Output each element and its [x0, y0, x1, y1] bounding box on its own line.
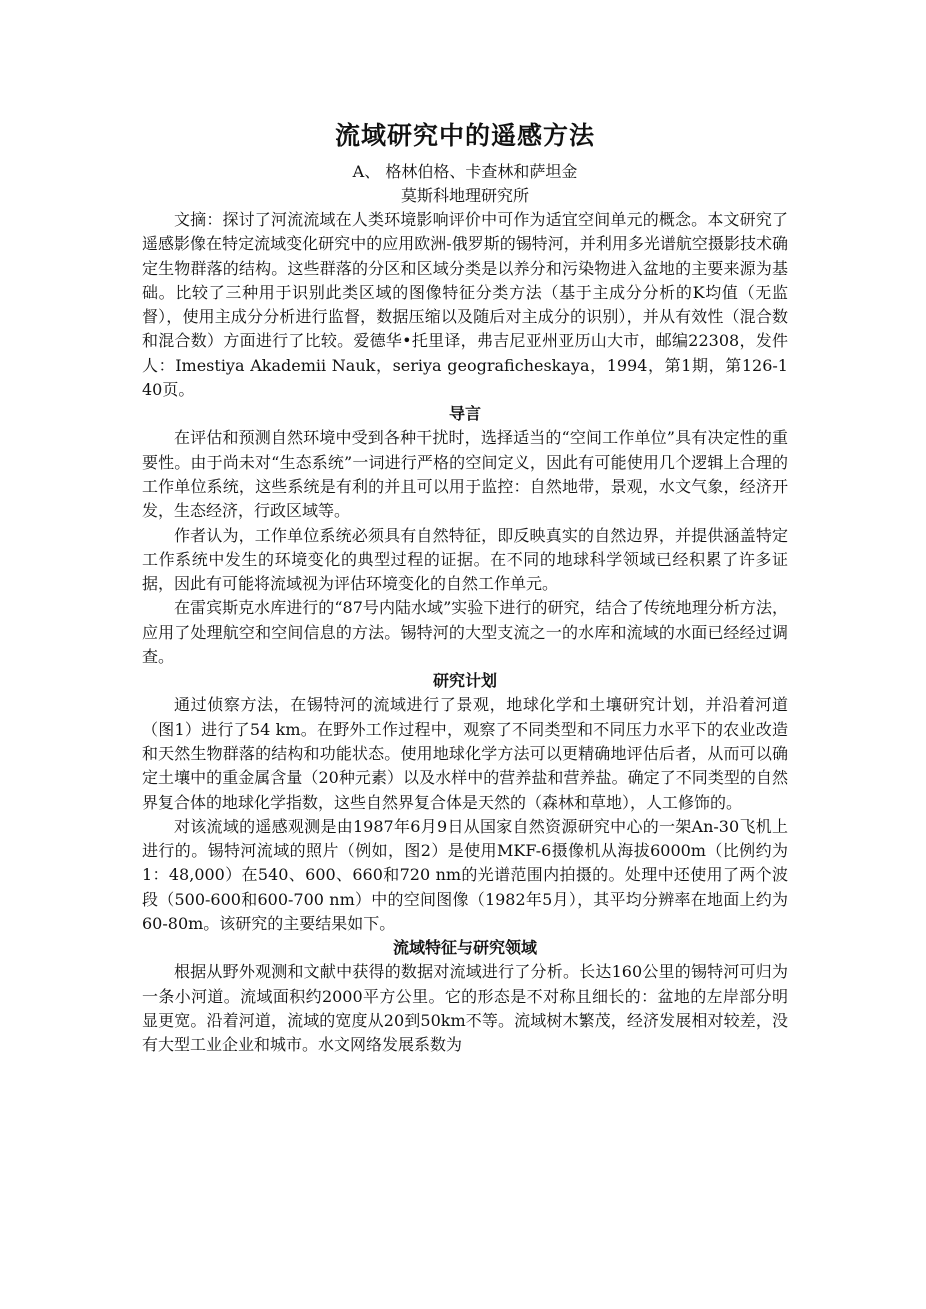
paragraph: 在雷宾斯克水库进行的“87号内陆水域”实验下进行的研究，结合了传统地理分析方法，…: [142, 596, 788, 669]
paragraph: 根据从野外观测和文献中获得的数据对流域进行了分析。长达160公里的锡特河可归为一…: [142, 960, 788, 1057]
section-heading-research-plan: 研究计划: [142, 669, 788, 693]
section-heading-introduction: 导言: [142, 402, 788, 426]
section-heading-basin-characteristics: 流域特征与研究领域: [142, 936, 788, 960]
paragraph: 作者认为，工作单位系统必须具有自然特征，即反映真实的自然边界，并提供涵盖特定工作…: [142, 524, 788, 597]
paragraph: 通过侦察方法，在锡特河的流域进行了景观，地球化学和土壤研究计划，并沿着河道（图1…: [142, 693, 788, 814]
paragraph: 在评估和预测自然环境中受到各种干扰时，选择适当的“空间工作单位”具有决定性的重要…: [142, 426, 788, 523]
document-title: 流域研究中的遥感方法: [142, 118, 788, 154]
affiliation: 莫斯科地理研究所: [142, 184, 788, 208]
abstract: 文摘：探讨了河流流域在人类环境影响评价中可作为适宜空间单元的概念。本文研究了遥感…: [142, 208, 788, 402]
authors: A、 格林伯格、卡查林和萨坦金: [142, 160, 788, 184]
document-page: 流域研究中的遥感方法 A、 格林伯格、卡查林和萨坦金 莫斯科地理研究所 文摘：探…: [142, 118, 788, 1058]
paragraph: 对该流域的遥感观测是由1987年6月9日从国家自然资源研究中心的一架An-30飞…: [142, 815, 788, 936]
